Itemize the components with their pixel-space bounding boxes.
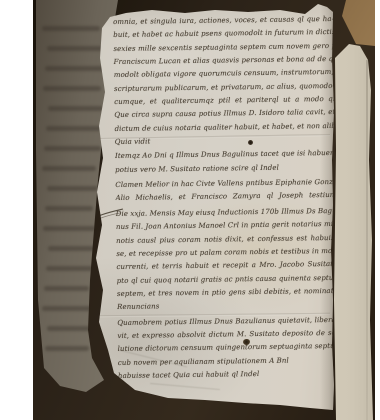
ghost-text-line xyxy=(47,326,95,331)
ghost-text-line xyxy=(44,146,101,151)
paragraph: Clamen Melior in hac Civte Vallens pntib… xyxy=(115,176,336,206)
wrinkle-line xyxy=(150,383,220,390)
paragraph: Que circa supra causa potius Illmus D. I… xyxy=(114,106,336,149)
ghost-text-line xyxy=(43,86,101,91)
ghost-text-line xyxy=(42,306,93,311)
ghost-text-line xyxy=(47,186,98,191)
ghost-text-line xyxy=(48,106,103,111)
pin-hole-mark xyxy=(248,140,253,145)
ghost-text-line xyxy=(44,286,89,291)
paragraph: Quamobrem potius Illmus Dnus Bazulianus … xyxy=(117,313,339,383)
ghost-text-line xyxy=(42,166,96,171)
handwritten-text-block: omnia, et singula iura, actiones, voces,… xyxy=(113,13,339,383)
ghost-text-line xyxy=(45,66,106,71)
ghost-text-line xyxy=(43,226,97,231)
paragraph: omnia, et singula iura, actiones, voces,… xyxy=(113,13,335,109)
ghost-text-line xyxy=(48,246,99,251)
manuscript-line: potius vero M. Susitato ratione scire ql… xyxy=(115,161,336,177)
manuscript-line: habuisse tacet Quia cui habuit ql Indel xyxy=(118,367,339,383)
ghost-text-line xyxy=(46,266,94,271)
paragraph: Die xxja. Mensis May eiusq Inductionis 1… xyxy=(116,205,338,315)
manuscript-photo: omnia, et singula iura, actiones, voces,… xyxy=(0,0,380,420)
ghost-text-line xyxy=(42,26,100,31)
paragraph: Itemqz Ao Dni q Illmus Dnus Bagulinus ta… xyxy=(115,147,336,177)
right-page-crease xyxy=(366,60,368,420)
ghost-text-line xyxy=(45,206,93,211)
ghost-text-line xyxy=(45,346,89,351)
ghost-text-line xyxy=(46,126,107,131)
manuscript-line: Alio Michaelis, et Francisco Zamyra ql J… xyxy=(115,189,336,205)
manuscript-line: Renuncians xyxy=(117,298,338,314)
